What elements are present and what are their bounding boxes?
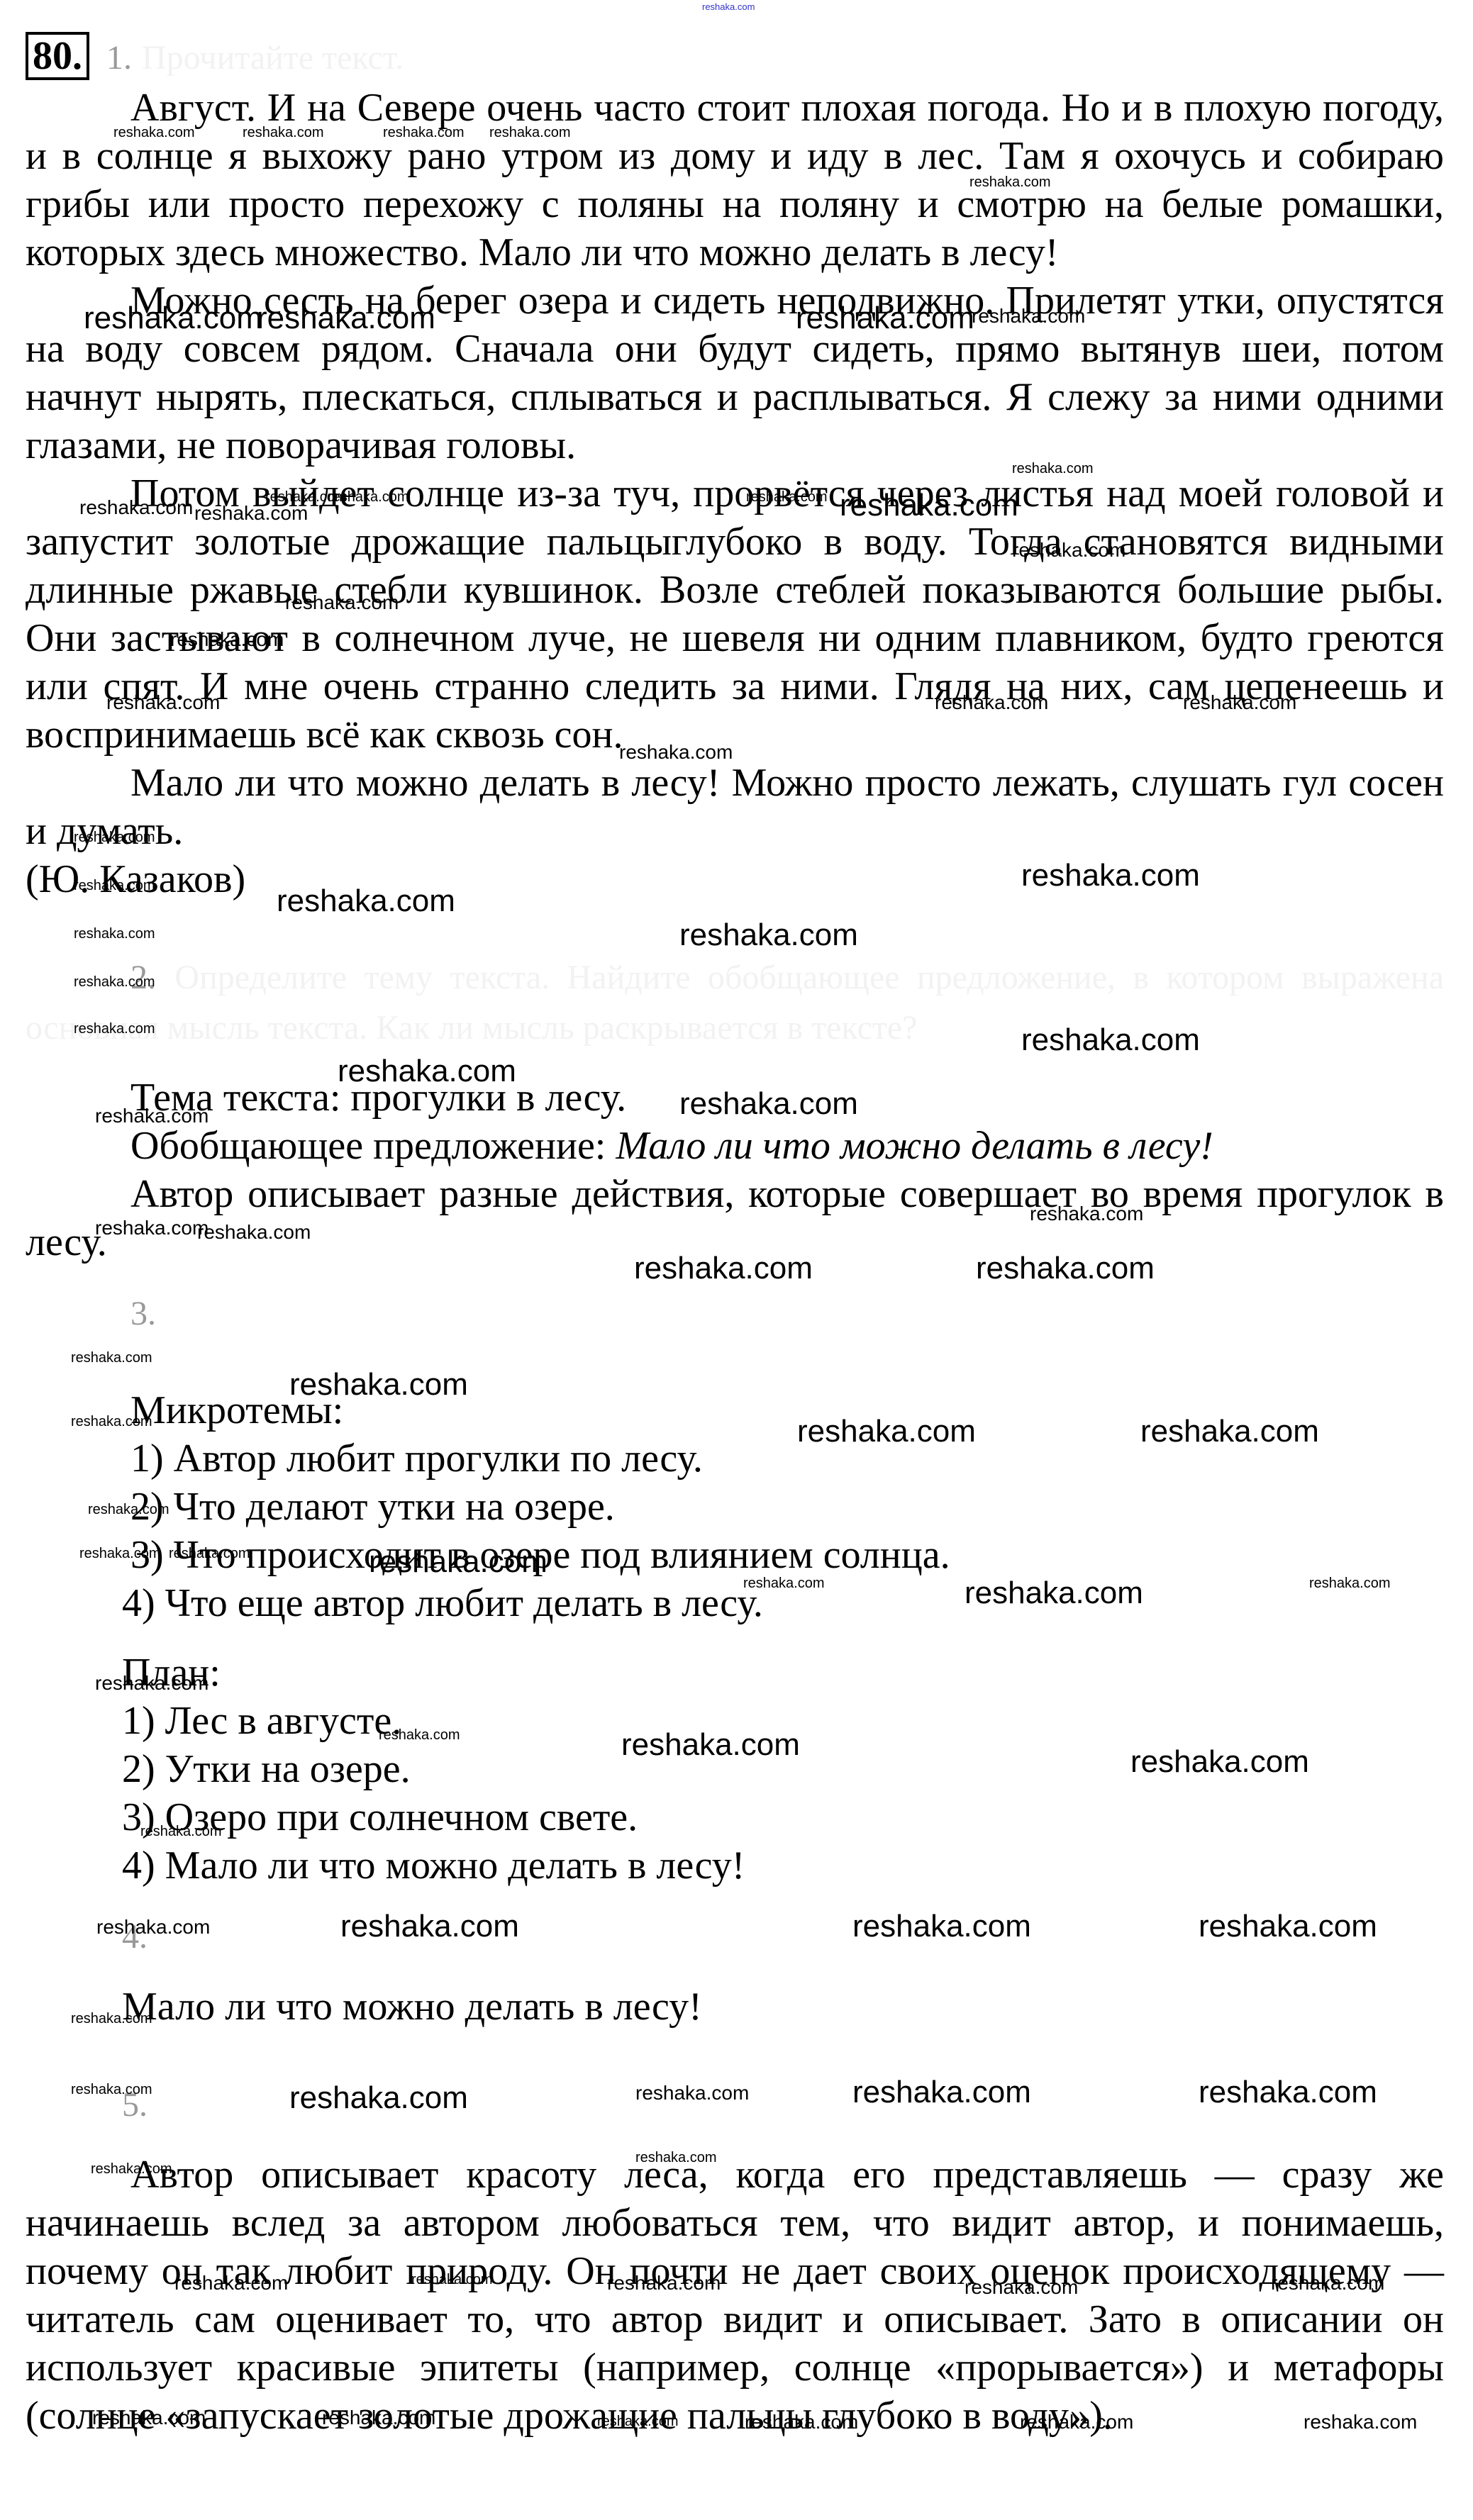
task5-answer: Автор описывает красоту леса, когда его … bbox=[26, 2151, 1444, 2440]
task2-explanation: Автор описывает разные действия, которые… bbox=[26, 1170, 1444, 1266]
story-author: (Ю. Казаков) bbox=[26, 855, 1444, 903]
plan-label: План: bbox=[26, 1649, 1444, 1697]
summary-label: Обобщающее предложение: bbox=[130, 1124, 616, 1168]
plan-item: 2) Утки на озере. bbox=[26, 1745, 1444, 1793]
task4-label: 4. bbox=[122, 1918, 148, 1956]
microtheme-item: 3) Что происходит в озере под влиянием с… bbox=[26, 1531, 1444, 1579]
task1-instruction: Прочитайте текст. bbox=[142, 39, 404, 77]
summary-sentence: Мало ли что можно делать в лесу! bbox=[616, 1124, 1213, 1168]
microthemes-label: Микротемы: bbox=[26, 1386, 1444, 1434]
story-paragraph-3: Потом выйдет солнце из-за туч, прорвётся… bbox=[26, 469, 1444, 759]
microtheme-item: 1) Автор любит прогулки по лесу. bbox=[26, 1434, 1444, 1483]
story-paragraph-4: Мало ли что можно делать в лесу! Можно п… bbox=[26, 759, 1444, 855]
task5-heading: 5. bbox=[26, 2079, 1444, 2129]
story-paragraph-1: Август. И на Севере очень часто стоит пл… bbox=[26, 84, 1444, 277]
task1-label: 1. bbox=[106, 39, 132, 77]
task1-heading: 80. 1. Прочитайте текст. bbox=[26, 28, 1444, 84]
plan-item: 3) Озеро при солнечном свете. bbox=[26, 1793, 1444, 1841]
exercise-number: 80. bbox=[26, 32, 89, 80]
microtheme-item: 2) Что делают утки на озере. bbox=[26, 1483, 1444, 1531]
story-paragraph-2: Можно сесть на берег озера и сидеть непо… bbox=[26, 277, 1444, 469]
summary-line: Обобщающее предложение: Мало ли что можн… bbox=[26, 1122, 1444, 1170]
task3-label: 3. bbox=[130, 1295, 156, 1332]
task2-instruction: Определите тему текста. Найдите обобщающ… bbox=[26, 959, 1444, 1047]
microtheme-item: 4) Что еще автор любит делать в лесу. bbox=[26, 1579, 1444, 1627]
theme-line: Тема текста: прогулки в лесу. bbox=[26, 1074, 1444, 1122]
task5-label: 5. bbox=[122, 2086, 148, 2124]
task4-answer: Мало ли что можно делать в лесу! bbox=[26, 1983, 1444, 2031]
task4-heading: 4. bbox=[26, 1911, 1444, 1961]
task2-heading: 2. Определите тему текста. Найдите обобщ… bbox=[26, 952, 1444, 1052]
task3-heading: 3. bbox=[26, 1288, 1444, 1338]
header-site-watermark: reshaka.com bbox=[702, 1, 755, 12]
plan-item: 4) Мало ли что можно делать в лесу! bbox=[26, 1841, 1444, 1890]
exercise-page: 80. 1. Прочитайте текст. Август. И на Се… bbox=[26, 28, 1444, 2440]
task2-label: 2. bbox=[130, 959, 156, 996]
plan-item: 1) Лес в августе. bbox=[26, 1697, 1444, 1745]
